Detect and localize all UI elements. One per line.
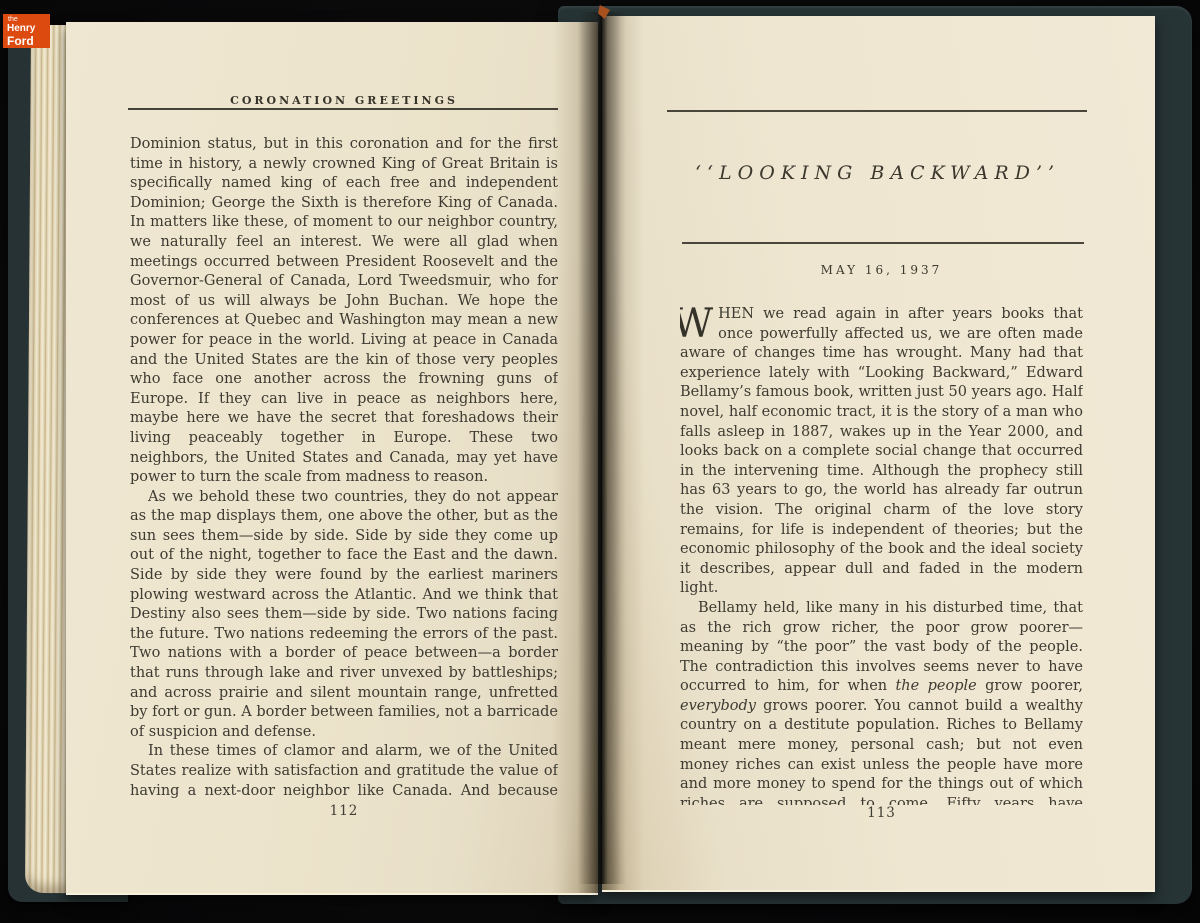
right-page-body: WHEN we read again in after years books … xyxy=(680,305,1083,805)
book-photo: CORONATION GREETINGS Dominion status, bu… xyxy=(0,0,1200,923)
text-run: grow poorer, xyxy=(977,678,1083,694)
logo-line-the: the xyxy=(8,16,50,23)
paragraph: WHEN we read again in after years books … xyxy=(680,305,1083,599)
text-run: HEN we read again in after years books t… xyxy=(680,306,1083,596)
right-page: ‘‘LOOKING BACKWARD’’ MAY 16, 1937 WHEN w… xyxy=(602,16,1155,892)
date-line: MAY 16, 1937 xyxy=(680,263,1083,277)
text-run: As we behold these two countries, they d… xyxy=(130,489,558,740)
running-header: CORONATION GREETINGS xyxy=(130,94,558,107)
paragraph: As we behold these two countries, they d… xyxy=(130,488,558,743)
paragraph: In these times of clamor and alarm, we o… xyxy=(130,742,558,801)
chapter-title: ‘‘LOOKING BACKWARD’’ xyxy=(650,162,1105,184)
paragraph: Dominion status, but in this coronation … xyxy=(130,135,558,488)
henry-ford-logo: the Henry Ford xyxy=(3,14,50,48)
header-rule xyxy=(128,108,558,110)
title-rule-top xyxy=(667,110,1087,112)
paragraph: Bellamy held, like many in his disturbed… xyxy=(680,599,1083,805)
text-run: Dominion status, but in this coronation … xyxy=(130,136,558,485)
logo-line-ford: Ford xyxy=(7,35,50,47)
italic-run: the people xyxy=(895,678,976,694)
page-number-right: 113 xyxy=(680,805,1083,821)
italic-run: everybody xyxy=(680,698,756,714)
logo-line-henry: Henry xyxy=(7,24,50,34)
page-number-left: 112 xyxy=(130,803,558,819)
title-rule-bottom xyxy=(682,242,1084,244)
text-run: In these times of clamor and alarm, we o… xyxy=(130,743,558,801)
left-page: CORONATION GREETINGS Dominion status, bu… xyxy=(66,22,598,895)
left-page-body: Dominion status, but in this coronation … xyxy=(130,135,558,801)
drop-cap: W xyxy=(680,305,718,340)
